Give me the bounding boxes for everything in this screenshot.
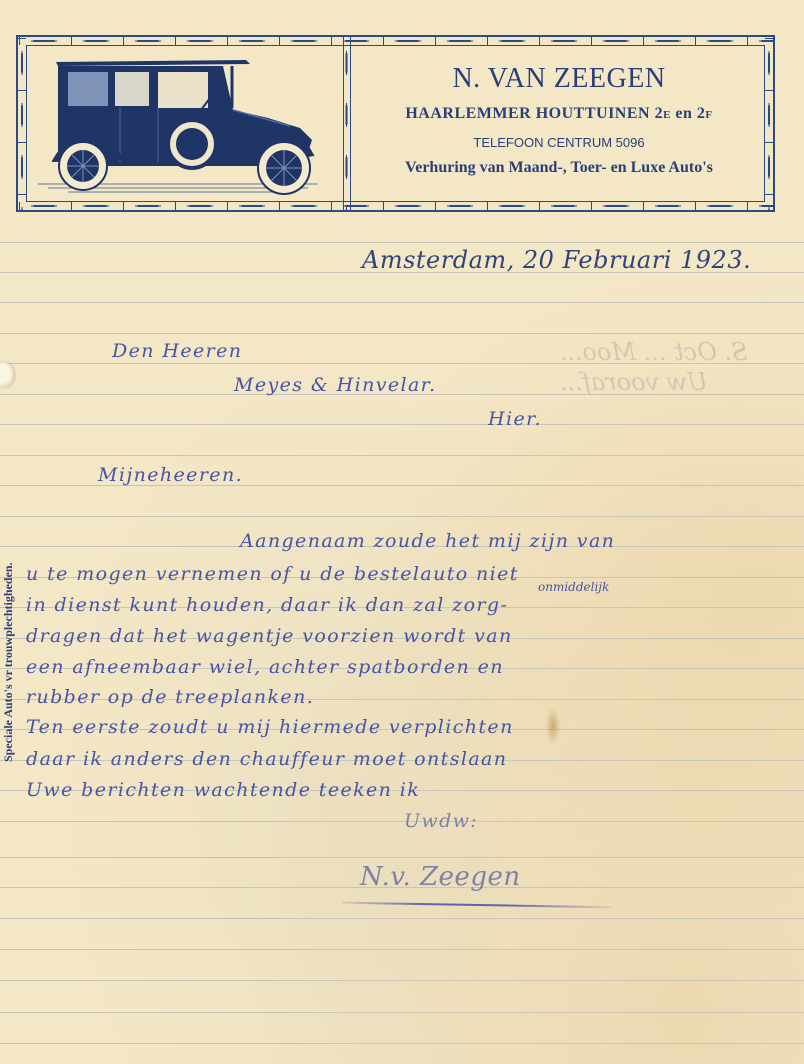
company-services: Verhuring van Maand-, Toer- en Luxe Auto… — [343, 159, 775, 177]
company-phone: TELEFOON CENTRUM 5096 — [343, 135, 775, 150]
addressee-name: Meyes & Hinvelar. — [234, 374, 437, 396]
company-address: HAARLEMMER HOUTTUINEN 2E en 2F — [343, 105, 775, 123]
body-line-8: daar ik anders den chauffeur moet ontsla… — [26, 748, 507, 770]
date-line: Amsterdam, 20 Februari 1923. — [362, 246, 751, 274]
body-line-1: Aangenaam zoude het mij zijn van — [240, 530, 615, 552]
bleed-through-line-1: S. Oct ... Moo... — [560, 338, 748, 366]
closing: Uwdw: — [404, 810, 478, 832]
body-line-6: rubber op de treeplanken. — [26, 686, 314, 708]
body-line-9: Uwe berichten wachtende teeken ik — [26, 779, 420, 801]
addressee-location: Hier. — [488, 408, 542, 430]
company-name: N. VAN ZEEGEN — [343, 63, 775, 95]
body-line-2: u te mogen vernemen of u de bestelauto n… — [26, 563, 519, 585]
signature: N.v. Zeegen — [360, 862, 521, 892]
greeting: Mijneheeren. — [98, 464, 243, 486]
body-line-4: dragen dat het wagentje voorzien wordt v… — [26, 625, 513, 647]
bleed-through-line-2: Uw vooraf... — [560, 368, 708, 396]
vintage-car-icon — [28, 48, 324, 198]
ink-stain — [546, 708, 560, 744]
frame-ornament-left — [18, 37, 26, 210]
addressee-salutation: Den Heeren — [112, 340, 242, 362]
letterhead-text: N. VAN ZEEGEN HAARLEMMER HOUTTUINEN 2E e… — [343, 35, 775, 212]
side-margin-text: Speciale Auto's vr trouwplechtigheden. — [1, 562, 16, 762]
body-line-7: Ten eerste zoudt u mij hiermede verplich… — [26, 716, 514, 738]
body-line-5: een afneembaar wiel, achter spatborden e… — [26, 656, 504, 678]
interlinear-insertion: onmiddelijk — [538, 580, 609, 594]
body-line-3: in dienst kunt houden, daar ik dan zal z… — [26, 594, 508, 616]
